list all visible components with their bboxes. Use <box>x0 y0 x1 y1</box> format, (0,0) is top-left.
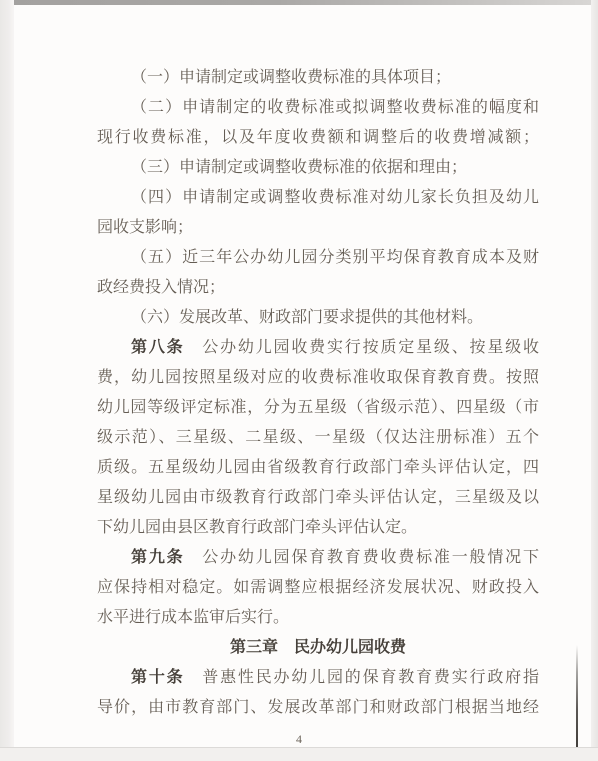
text-line: 园收支影响； <box>97 213 539 243</box>
text-line: （三）申请制定或调整收费标准的依据和理由； <box>97 153 539 183</box>
text-line: （六）发展改革、财政部门要求提供的其他材料。 <box>97 303 539 333</box>
text-line: （五）近三年公办幼儿园分类别平均保育教育成本及财 <box>97 243 539 273</box>
text-segment: 幼儿园等级评定标准，分为五星级（省级示范）、四星级（市 <box>97 399 539 416</box>
text-line: 第九条 公办幼儿园保育教育费收费标准一般情况下 <box>97 543 539 573</box>
text-line: 现行收费标准，以及年度收费额和调整后的收费增减额； <box>97 123 539 153</box>
text-line: 第十条 普惠性民办幼儿园的保育教育费实行政府指 <box>97 663 539 693</box>
text-segment: 级示范）、三星级、二星级、一星级（仅达注册标准）五个 <box>97 429 539 446</box>
text-line: 下幼儿园由县区教育行政部门牵头评估认定。 <box>97 513 539 543</box>
article-number: 第八条 <box>131 339 184 356</box>
scan-edge-right <box>591 0 598 761</box>
text-segment: 下幼儿园由县区教育行政部门牵头评估认定。 <box>97 519 417 536</box>
text-line: 水平进行成本监审后实行。 <box>97 603 539 633</box>
chapter-heading-line: 第三章 民办幼儿园收费 <box>97 633 539 663</box>
text-segment: 费，幼儿园按照星级对应的收费标准收取保育教育费。按照 <box>97 369 539 386</box>
text-segment: （二）申请制定的收费标准或拟调整收费标准的幅度和 <box>131 99 539 116</box>
article-number: 第九条 <box>131 549 184 566</box>
text-line: （四）申请制定或调整收费标准对幼儿家长负担及幼儿 <box>97 183 539 213</box>
text-line: （二）申请制定的收费标准或拟调整收费标准的幅度和 <box>97 93 539 123</box>
text-segment: 园收支影响； <box>97 219 193 236</box>
text-segment: 现行收费标准，以及年度收费额和调整后的收费增减额； <box>97 129 539 146</box>
text-segment: （三）申请制定或调整收费标准的依据和理由； <box>131 159 467 176</box>
text-segment: 水平进行成本监审后实行。 <box>97 609 289 626</box>
text-line: 导价，由市教育部门、发展改革部门和财政部门根据当地经 <box>97 693 539 723</box>
text-segment: 公办幼儿园收费实行按质定星级、按星级收 <box>184 339 539 356</box>
article-number: 第三章 民办幼儿园收费 <box>230 639 406 656</box>
text-segment: （六）发展改革、财政部门要求提供的其他材料。 <box>131 309 483 326</box>
text-line: （一）申请制定或调整收费标准的具体项目； <box>97 63 539 93</box>
text-line: 费，幼儿园按照星级对应的收费标准收取保育教育费。按照 <box>97 363 539 393</box>
text-line: 政经费投入情况； <box>97 273 539 303</box>
text-column: （一）申请制定或调整收费标准的具体项目；（二）申请制定的收费标准或拟调整收费标准… <box>97 63 539 723</box>
text-segment: 星级幼儿园由市级教育行政部门牵头评估认定，三星级及以 <box>97 489 539 506</box>
text-segment: （一）申请制定或调整收费标准的具体项目； <box>131 69 451 86</box>
page-number: 4 <box>0 731 598 747</box>
text-segment: （四）申请制定或调整收费标准对幼儿家长负担及幼儿 <box>131 189 539 206</box>
text-line: 应保持相对稳定。如需调整应根据经济发展状况、财政投入 <box>97 573 539 603</box>
text-segment: 质级。五星级幼儿园由省级教育行政部门牵头评估认定，四 <box>97 459 539 476</box>
text-segment: 导价，由市教育部门、发展改革部门和财政部门根据当地经 <box>97 699 539 716</box>
text-line: 幼儿园等级评定标准，分为五星级（省级示范）、四星级（市 <box>97 393 539 423</box>
text-line: 质级。五星级幼儿园由省级教育行政部门牵头评估认定，四 <box>97 453 539 483</box>
text-segment: 公办幼儿园保育教育费收费标准一般情况下 <box>184 549 539 566</box>
text-segment: 应保持相对稳定。如需调整应根据经济发展状况、财政投入 <box>97 579 539 596</box>
scan-edge-top <box>14 0 598 5</box>
text-line: 级示范）、三星级、二星级、一星级（仅达注册标准）五个 <box>97 423 539 453</box>
scan-edge-bottom <box>0 747 598 761</box>
text-segment: 政经费投入情况； <box>97 279 225 296</box>
article-number: 第十条 <box>131 669 184 686</box>
scanned-document-page: （一）申请制定或调整收费标准的具体项目；（二）申请制定的收费标准或拟调整收费标准… <box>0 0 598 761</box>
scan-edge-left <box>0 0 14 761</box>
text-line: 星级幼儿园由市级教育行政部门牵头评估认定，三星级及以 <box>97 483 539 513</box>
text-segment: 普惠性民办幼儿园的保育教育费实行政府指 <box>184 669 539 686</box>
text-line: 第八条 公办幼儿园收费实行按质定星级、按星级收 <box>97 333 539 363</box>
text-segment: （五）近三年公办幼儿园分类别平均保育教育成本及财 <box>131 249 539 266</box>
